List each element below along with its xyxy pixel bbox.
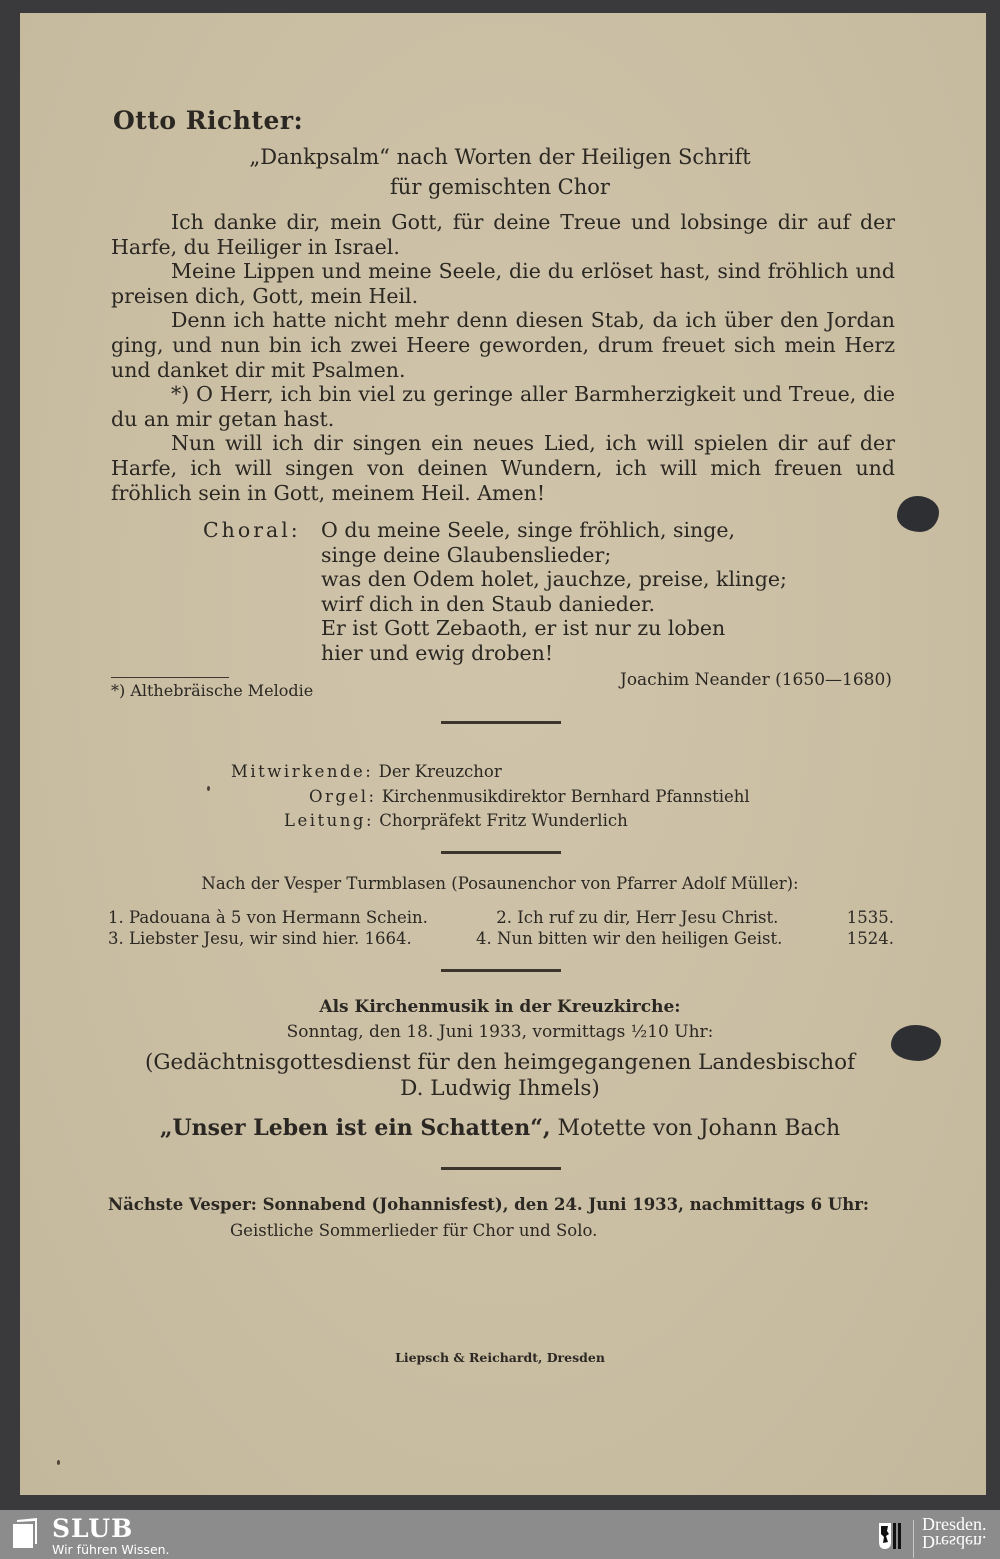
direction-value: Chorpräfekt Fritz Wunderlich (379, 811, 627, 830)
motet-composer: Motette von Johann Bach (551, 1116, 841, 1141)
section-divider (441, 1167, 561, 1170)
choral-label: Choral: (203, 518, 319, 543)
footer-bar: SLUB Wir führen Wissen. Dresden. Dresden… (0, 1510, 1000, 1559)
footer-separator (913, 1520, 914, 1558)
church-music-date: Sonntag, den 18. Juni 1933, vormittags ½… (0, 1022, 1000, 1042)
ink-blot (891, 1025, 941, 1061)
composer-name: Otto Richter: (113, 106, 303, 135)
next-vesper-program: Geistliche Sommerlieder für Chor und Sol… (230, 1221, 597, 1240)
printer-imprint: Liepsch & Reichardt, Dresden (0, 1350, 1000, 1365)
choral-block: Choral: O du meine Seele, singe fröhlich… (203, 518, 319, 543)
tower-music-heading: Nach der Vesper Turmblasen (Posaunenchor… (0, 874, 1000, 893)
choral-line: was den Odem holet, jauchze, preise, kli… (321, 567, 787, 592)
ink-blot (897, 496, 939, 532)
choral-line: singe deine Glaubenslieder; (321, 543, 787, 568)
list-cell: 2. Ich ruf zu dir, Herr Jesu Christ. (496, 908, 778, 929)
hymn-attribution: Joachim Neander (1650—1680) (620, 670, 892, 690)
slub-book-icon (13, 1518, 39, 1548)
dresden-wordmark: Dresden. (922, 1514, 986, 1534)
list-cell: 4. Nun bitten wir den heiligen Geist. (476, 929, 782, 950)
performers-direction: Leitung: Chorpräfekt Fritz Wunderlich (284, 808, 628, 833)
dresden-coat-of-arms-icon (878, 1522, 904, 1550)
memorial-line: D. Ludwig Ihmels) (0, 1076, 1000, 1102)
dresden-logo: Dresden. Dresden. (922, 1516, 986, 1550)
psalm-text: Ich danke dir, mein Gott, für deine Treu… (111, 210, 895, 505)
paper-speck (207, 786, 210, 791)
organ-value: Kirchenmusikdirektor Bernhard Pfannstieh… (382, 787, 750, 806)
memorial-line: (Gedächtnisgottesdienst für den heimgega… (0, 1050, 1000, 1076)
list-item: 1. Padouana à 5 von Hermann Schein. 2. I… (108, 908, 894, 929)
footnote-rule (111, 677, 229, 678)
motet: „Unser Leben ist ein Schatten“, Motette … (0, 1115, 1000, 1141)
psalm-paragraph: Ich danke dir, mein Gott, für deine Treu… (111, 210, 895, 259)
work-title: „Dankpsalm“ nach Worten der Heiligen Sch… (0, 145, 1000, 169)
list-cell: 1524. (847, 929, 894, 950)
slub-tagline: Wir führen Wissen. (52, 1542, 170, 1557)
choral-line: hier und ewig droben! (321, 641, 787, 666)
tower-music-list: 1. Padouana à 5 von Hermann Schein. 2. I… (108, 908, 894, 949)
work-subtitle: für gemischten Chor (0, 175, 1000, 199)
psalm-paragraph: *) O Herr, ich bin viel zu geringe aller… (111, 382, 895, 431)
psalm-paragraph: Meine Lippen und meine Seele, die du erl… (111, 259, 895, 308)
list-cell: 1535. (847, 908, 894, 929)
choral-line: wirf dich in den Staub danieder. (321, 592, 787, 617)
section-divider (441, 851, 561, 854)
church-music-heading: Als Kirchenmusik in der Kreuzkirche: (0, 997, 1000, 1017)
choral-line: O du meine Seele, singe fröhlich, singe, (321, 518, 787, 543)
performers-value: Der Kreuzchor (379, 762, 502, 781)
list-item: 3. Liebster Jesu, wir sind hier. 1664. 4… (108, 929, 894, 950)
section-divider (441, 969, 561, 972)
footnote: *) Althebräische Melodie (111, 681, 313, 700)
list-cell: 1. Padouana à 5 von Hermann Schein. (108, 908, 428, 929)
list-cell: 3. Liebster Jesu, wir sind hier. 1664. (108, 929, 412, 950)
memorial-service: (Gedächtnisgottesdienst für den heimgega… (0, 1050, 1000, 1102)
paper-speck (57, 1460, 60, 1465)
next-vesper: Nächste Vesper: Sonnabend (Johannisfest)… (108, 1195, 869, 1214)
slub-brand: SLUB (52, 1514, 133, 1543)
direction-label: Leitung: (284, 811, 374, 830)
dresden-wordmark-reflection: Dresden. (922, 1533, 986, 1550)
performers-choir: Mitwirkende: Der Kreuzchor (231, 759, 502, 784)
psalm-paragraph: Denn ich hatte nicht mehr denn diesen St… (111, 308, 895, 382)
performers-label: Mitwirkende: (231, 762, 373, 781)
choral-line: Er ist Gott Zebaoth, er ist nur zu loben (321, 616, 787, 641)
organ-label: Orgel: (309, 787, 377, 806)
psalm-paragraph: Nun will ich dir singen ein neues Lied, … (111, 431, 895, 505)
choral-verse: O du meine Seele, singe fröhlich, singe,… (321, 518, 787, 666)
motet-title: „Unser Leben ist ein Schatten“, (160, 1115, 551, 1141)
section-divider (441, 721, 561, 724)
performers-organ: Orgel: Kirchenmusikdirektor Bernhard Pfa… (309, 784, 750, 809)
